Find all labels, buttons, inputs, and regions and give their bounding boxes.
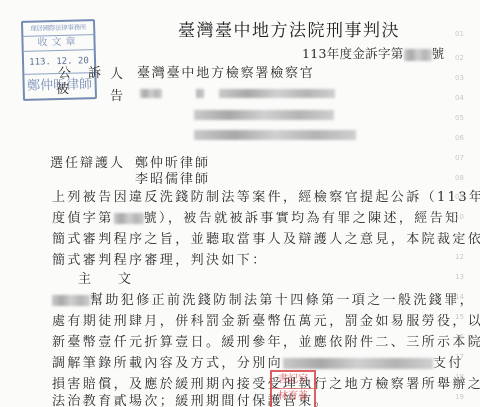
redacted-case-number — [404, 49, 432, 61]
line-number: 19 — [455, 393, 464, 401]
ruling-line-2: 處有期徒刑肆月，併科罰金新臺幣伍萬元，罰金如易服勞役，以 — [52, 310, 480, 329]
prosecutor-label-3: 人 — [110, 63, 123, 82]
intro-line-1: 上列被告因違反洗錢防制法等案件，經檢察官提起公訴（113年 — [52, 186, 480, 205]
clerk-seal: 書記官 林育蓁 — [270, 370, 316, 407]
line-number: 15 — [455, 313, 464, 321]
intro-line-2: 度偵字第號），被告就被訴事實均為有罪之陳述，經告知 — [52, 207, 461, 226]
defendant-label-2: 告 — [110, 85, 123, 104]
ruling-line-1-text: 幫助犯修正前洗錢防制法第十四條第一項之一般洗錢罪， — [90, 293, 475, 308]
intro-line-3: 簡式審判程序之旨，並聽取當事人及辯護人之意見，本院裁定依 — [52, 228, 480, 247]
line-number: 10 — [455, 213, 464, 221]
line-number: 17 — [455, 353, 464, 361]
line-number: 05 — [455, 114, 464, 122]
label-char: 告 — [110, 89, 123, 104]
ruling-line-4a: 調解筆錄所載內容及方式，分別向 — [52, 356, 283, 371]
case-number-suffix: 號 — [432, 46, 445, 61]
line-number: 13 — [455, 273, 464, 281]
redacted-victims — [283, 358, 433, 369]
line-number: 12 — [455, 253, 464, 261]
line-number: 14 — [455, 293, 464, 301]
redacted-defendant-id — [196, 89, 204, 98]
redacted-defendant-name-ruling — [52, 295, 90, 306]
redacted-defendant-name — [140, 89, 162, 98]
ruling-line-3: 新臺幣壹仟元折算壹日。緩刑參年，並應依附件二、三所示本院 — [52, 331, 480, 350]
case-number: 113年度金訴字第號 — [302, 44, 444, 62]
redacted-defendant-info-2 — [194, 110, 334, 120]
redacted-investigation-number — [114, 213, 144, 224]
label-char: 訴 — [88, 66, 101, 81]
label-char: 被 — [56, 82, 69, 97]
intro-line-2b: 號），被告就被訴事實均為有罪之陳述，經告知 — [144, 211, 461, 226]
prosecutor-value: 臺灣臺中地方檢察署檢察官 — [137, 62, 315, 81]
defendant-label: 被 — [56, 78, 69, 97]
line-number: 18 — [455, 373, 464, 381]
redacted-defendant-info-1 — [219, 89, 335, 98]
line-number: 04 — [455, 94, 464, 102]
case-number-prefix: 113年度金訴字第 — [302, 46, 404, 61]
line-number: 11 — [455, 233, 464, 241]
defense-label: 選任辯護人 — [50, 152, 125, 171]
line-number: 01 — [455, 30, 464, 38]
line-number: 16 — [455, 333, 464, 341]
label-char: 人 — [110, 67, 123, 82]
redacted-defendant-info-3 — [194, 130, 356, 140]
intro-line-2a: 度偵字第 — [52, 211, 114, 226]
line-number: 02 — [455, 54, 464, 62]
ruling-line-1: 幫助犯修正前洗錢防制法第十四條第一項之一般洗錢罪， — [52, 289, 475, 308]
ruling-line-4: 調解筆錄所載內容及方式，分別向支付 — [52, 352, 464, 371]
main-heading-char-2: 文 — [118, 268, 133, 287]
clerk-seal-title: 書記官 — [272, 372, 314, 389]
line-number: 07 — [455, 154, 464, 162]
line-number: 08 — [455, 174, 464, 182]
clerk-seal-name: 林育蓁 — [272, 389, 314, 405]
defense-lawyer-2: 李昭儒律師 — [135, 168, 210, 187]
document-title: 臺灣臺中地方法院刑事判決 — [178, 16, 400, 41]
prosecutor-label-2: 訴 — [88, 62, 101, 81]
main-heading-char-1: 主 — [78, 268, 93, 287]
line-number: 03 — [455, 74, 464, 82]
line-number: 09 — [455, 193, 464, 201]
intro-line-4: 簡式審判程序審理，判決如下： — [52, 249, 268, 268]
line-number: 06 — [455, 134, 464, 142]
